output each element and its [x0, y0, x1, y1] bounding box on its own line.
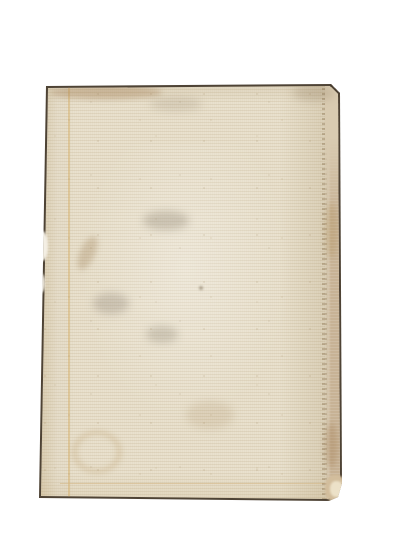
- stain-top-right-shade: [293, 85, 335, 101]
- book-cover-board: [38, 83, 344, 503]
- hinge-crease-line: [68, 83, 70, 503]
- stain-smudge-mid-left: [93, 293, 129, 314]
- right-edge-shading: [280, 83, 328, 503]
- stain-bottom-center: [186, 401, 234, 429]
- stain-smudge-center: [146, 326, 178, 343]
- stain-ring-bottom-left: [66, 425, 128, 479]
- stain-left-diagonal: [73, 234, 101, 273]
- center-highlight: [78, 143, 294, 423]
- stain-smudge-upper: [143, 211, 189, 230]
- stain-top-middle: [150, 97, 202, 111]
- stain-top-left-streak: [50, 86, 162, 99]
- fore-edge-fray: [322, 83, 327, 503]
- board-paper-surface: [38, 83, 344, 503]
- stain-layer: [38, 83, 344, 503]
- photo-backdrop: [0, 0, 416, 555]
- stain-fore-edge-lower: [325, 423, 338, 468]
- stain-dot-center: [199, 286, 203, 290]
- stain-fore-edge-upper: [325, 203, 338, 258]
- bottom-impression-line: [60, 483, 333, 484]
